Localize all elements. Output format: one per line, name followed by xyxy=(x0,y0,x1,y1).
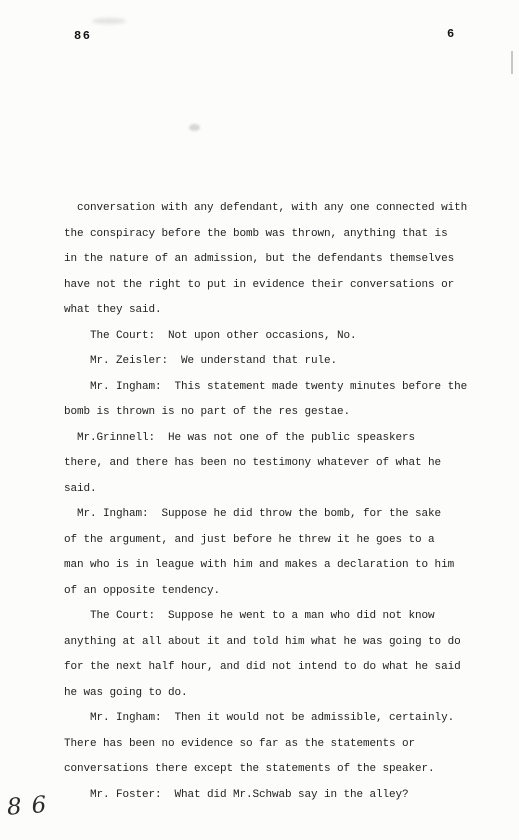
scan-artifact-vertical-mark xyxy=(511,51,513,74)
transcript-line: he was going to do. xyxy=(64,681,494,707)
transcript-line: bomb is thrown is no part of the res ges… xyxy=(64,400,494,426)
handwritten-page-number: 86 xyxy=(6,791,57,820)
transcript-line: of an opposite tendency. xyxy=(64,579,494,605)
transcript-line: anything at all about it and told him wh… xyxy=(64,630,494,656)
transcript-line: have not the right to put in evidence th… xyxy=(64,273,494,299)
transcript-line: in the nature of an admission, but the d… xyxy=(64,247,494,273)
page-number-left: 86 xyxy=(74,29,91,43)
transcript-line: what they said. xyxy=(64,298,494,324)
transcript-line: the conspiracy before the bomb was throw… xyxy=(64,222,494,248)
transcript-line: there, and there has been no testimony w… xyxy=(64,451,494,477)
transcript-line: conversations there except the statement… xyxy=(64,757,494,783)
transcript-line: Mr. Ingham: Suppose he did throw the bom… xyxy=(64,502,494,528)
transcript-line: There has been no evidence so far as the… xyxy=(64,732,494,758)
scanned-transcript-page: 86 6 conversation with any defendant, wi… xyxy=(0,0,519,840)
transcript-line: Mr.Grinnell: He was not one of the publi… xyxy=(64,426,494,452)
transcript-line: of the argument, and just before he thre… xyxy=(64,528,494,554)
transcript-line: Mr. Zeisler: We understand that rule. xyxy=(64,349,494,375)
transcript-line: Mr. Foster: What did Mr.Schwab say in th… xyxy=(64,783,494,809)
transcript-line: The Court: Suppose he went to a man who … xyxy=(64,604,494,630)
transcript-line: conversation with any defendant, with an… xyxy=(64,196,494,222)
transcript-line: said. xyxy=(64,477,494,503)
transcript-line: man who is in league with him and makes … xyxy=(64,553,494,579)
transcript-line: for the next half hour, and did not inte… xyxy=(64,655,494,681)
transcript-line: The Court: Not upon other occasions, No. xyxy=(64,324,494,350)
transcript-line: Mr. Ingham: Then it would not be admissi… xyxy=(64,706,494,732)
scan-artifact-top-smudge xyxy=(92,18,126,24)
page-number-right: 6 xyxy=(447,27,454,41)
transcript-text-block: conversation with any defendant, with an… xyxy=(64,196,494,808)
transcript-line: Mr. Ingham: This statement made twenty m… xyxy=(64,375,494,401)
scan-artifact-smudge xyxy=(189,124,200,131)
